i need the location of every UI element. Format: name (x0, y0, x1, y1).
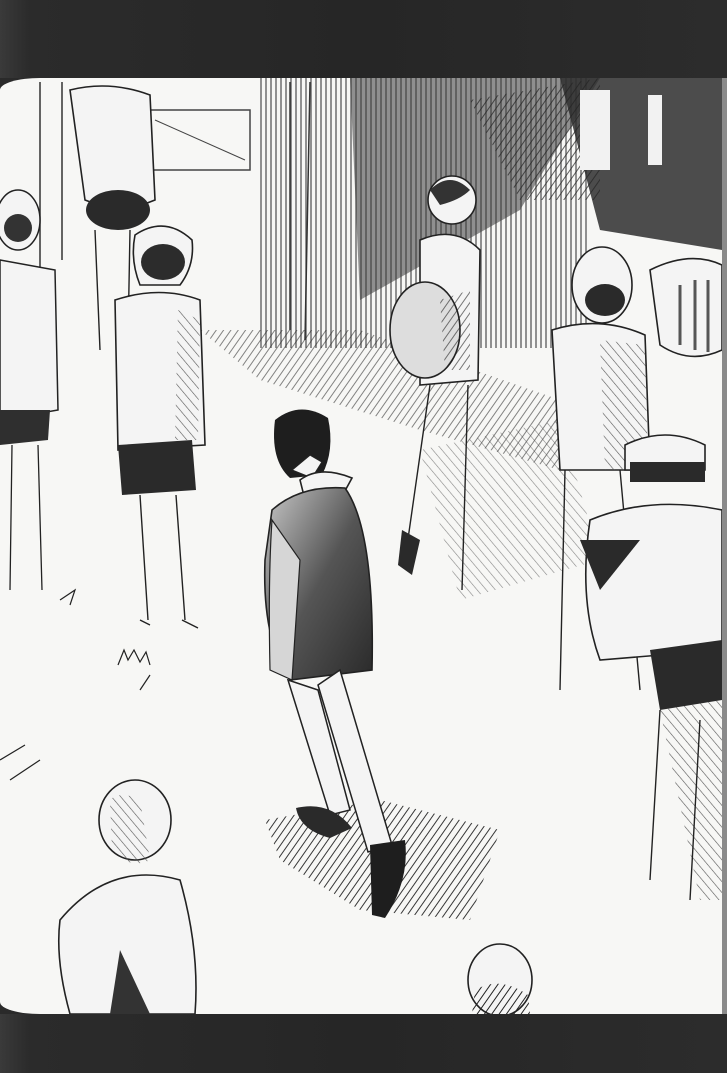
scan-top-band (0, 0, 727, 78)
manga-page (0, 78, 722, 1014)
page-edge (722, 78, 727, 1014)
figure-cap-top-right (650, 259, 722, 357)
figure-capped-boy-right (580, 435, 722, 900)
ground-scribbles (0, 590, 150, 780)
figure-head-bottom-center (468, 944, 532, 1014)
figure-girl-far-left (0, 190, 58, 590)
figure-man-bottom-left (59, 780, 196, 1014)
illustration (0, 78, 722, 1014)
scan-bottom-band (0, 1014, 727, 1073)
